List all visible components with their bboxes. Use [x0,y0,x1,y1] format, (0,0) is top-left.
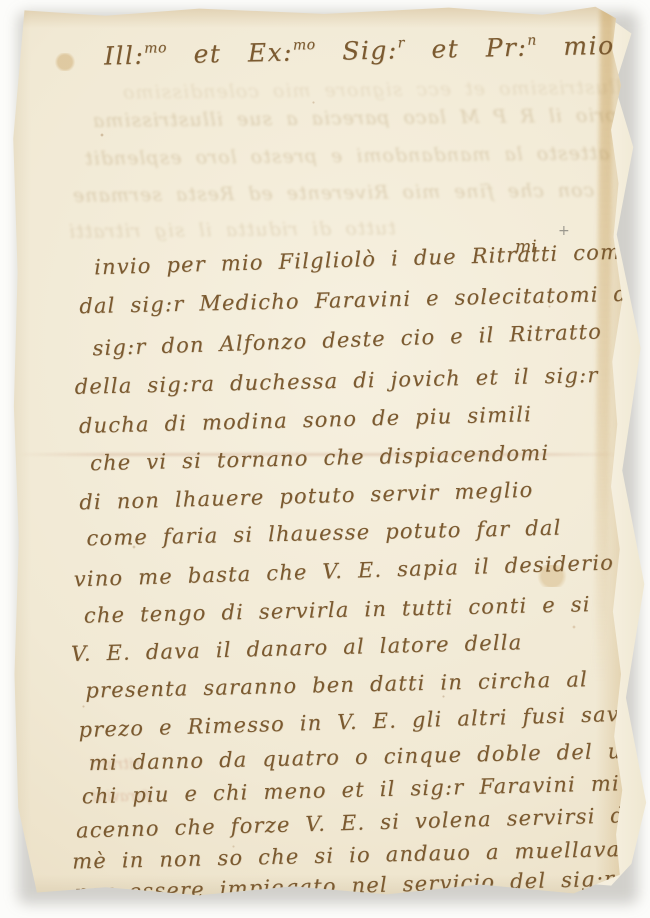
handwritten-line: sig:r don Alfonzo deste cio e il Ritratt… [92,319,602,360]
handwritten-line: acenno che forze V. E. si volena servirs… [76,803,634,843]
handwritten-line: vino me basta che V. E. sapia il desider… [73,550,614,591]
handwritten-line: mi danno da quatro o cinque doble del un… [88,738,650,775]
handwritten-line: della sig:ra duchessa di jovich et il si… [74,363,598,399]
handwritten-line: dal sig:r Medicho Faravini e solecitatom… [79,281,650,318]
letter-body: invio per mio Filgliolò i due Ritratti c… [10,3,639,898]
handwritten-line: come faria si lhauesse potuto far dal [86,516,562,551]
handwritten-line: che tengo di servirla in tutti conti e s… [84,592,591,627]
handwritten-line: chi piu e chi meno et il sig:r Faravini … [82,771,621,808]
handwritten-line: presenta saranno ben datti in circha al [85,667,588,702]
handwritten-line: di non lhauere potuto servir meglio [79,478,534,515]
handwritten-line: ducha di modina sono de piu simili [79,402,533,438]
handwritten-line: prezo e Rimesso in V. E. gli altri fusi … [78,702,628,742]
handwritten-line: V. E. dava il danaro al latore della [71,630,523,666]
letter-page: illustrissimo et ecc signore mio colendi… [12,5,636,897]
handwritten-line: invio per mio Filgliolò i due Ritratti c… [94,238,650,279]
handwritten-line: che vi si tornano che dispiacendomi [90,441,550,475]
